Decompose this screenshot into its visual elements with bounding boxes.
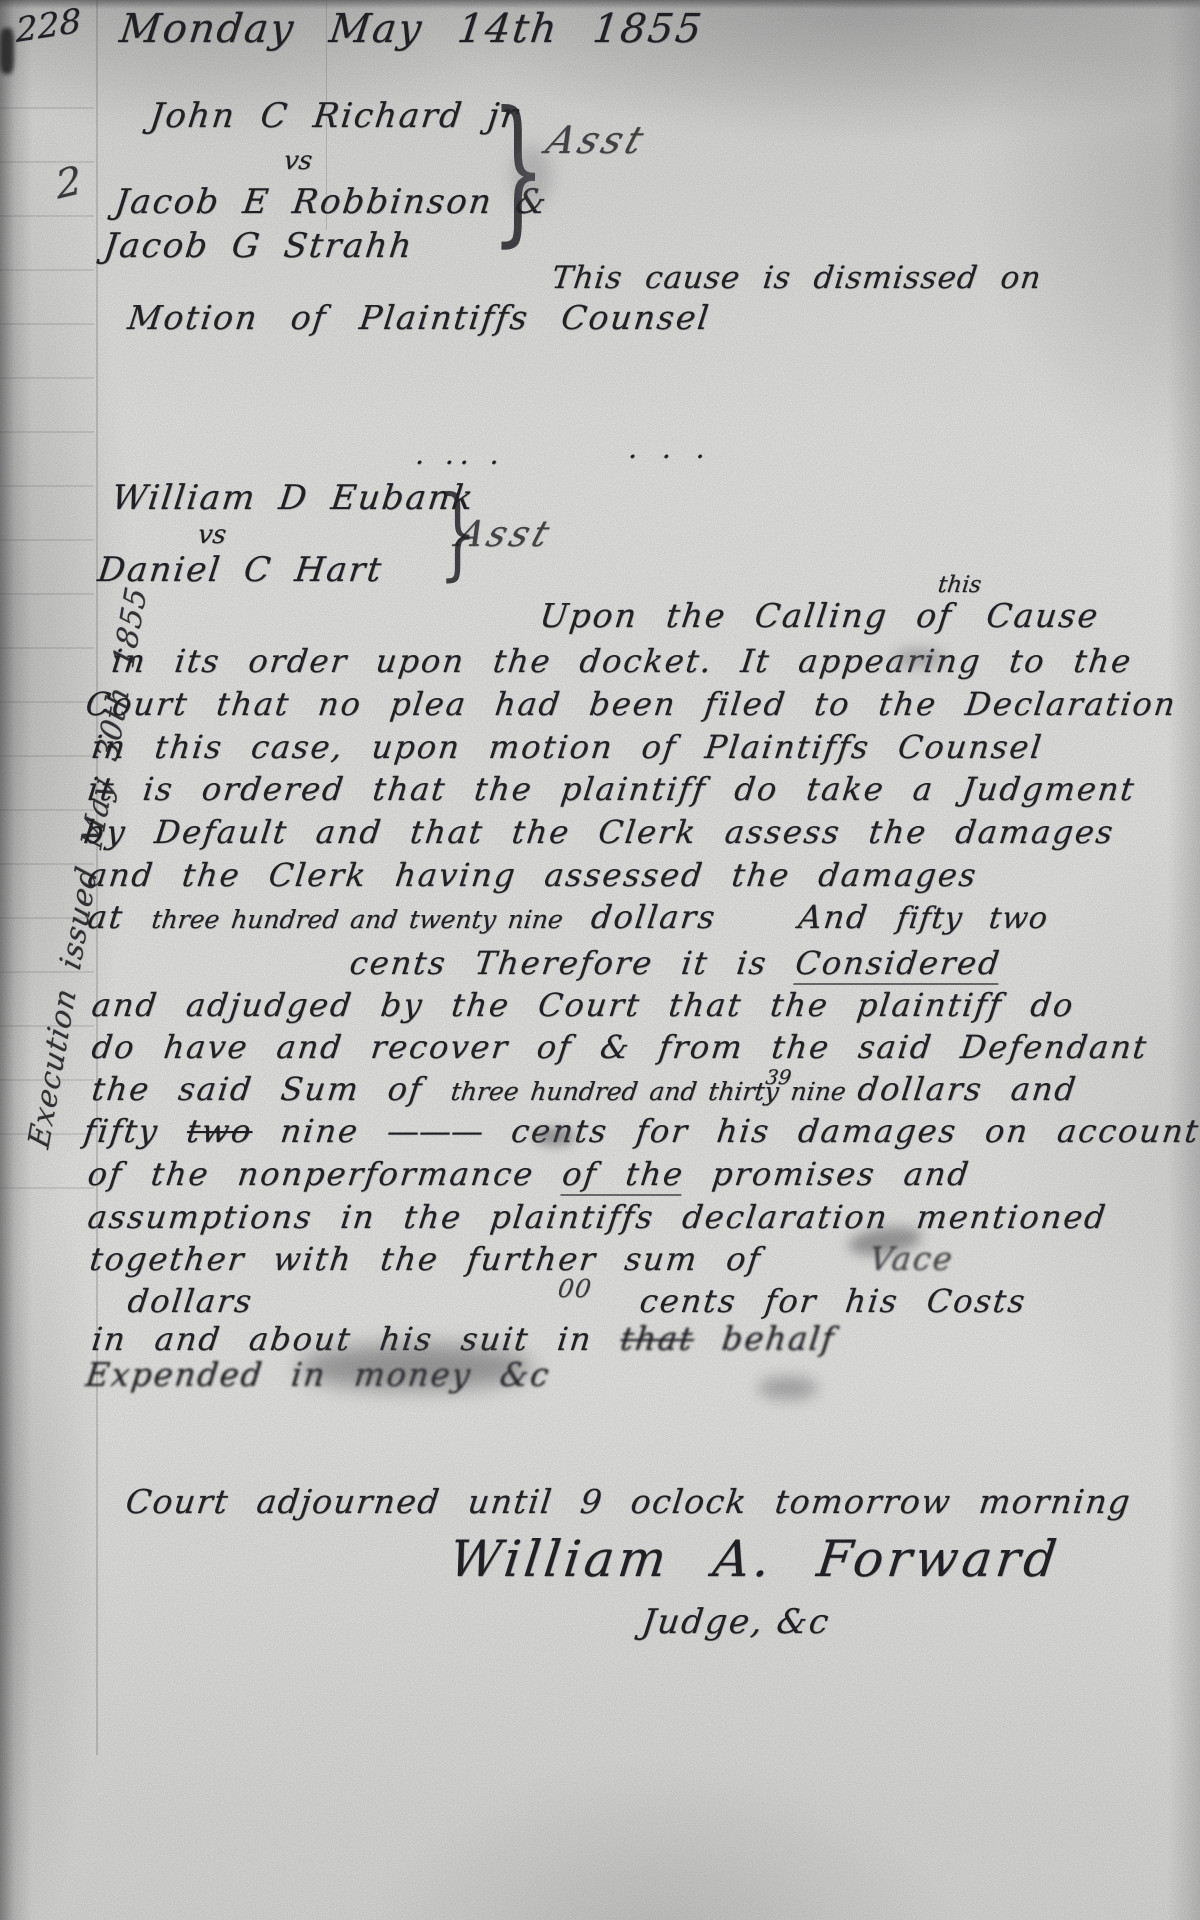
case2-versus-label: vs (196, 520, 228, 550)
line15-text: together with the further sum of (88, 1240, 764, 1278)
date-heading: Monday May 14th 1855 (117, 6, 706, 52)
judge-signature: William A. Forward (446, 1530, 1063, 1588)
judge-title: Judge, &c (640, 1602, 833, 1642)
case1-action-abbreviation: Asst (541, 118, 653, 162)
amount1-cents-words: fifty two (895, 901, 1050, 936)
page-number: 228 (15, 1, 82, 51)
order-line-13: of the nonperformance of the promises an… (86, 1155, 973, 1193)
costs-cents-value: 00 (556, 1274, 593, 1303)
order-line: it is ordered that the plaintiff do take… (86, 770, 1138, 808)
order-line-17: in and about his suit in that behalf (90, 1320, 838, 1358)
scanned-court-record-page: 228 Monday May 14th 1855 2 John C Richar… (0, 0, 1200, 1920)
order-line: do have and recover of & from the said D… (90, 1028, 1151, 1066)
case1-plaintiff-name: John C Richard jr (148, 96, 522, 136)
order-line: in its order upon the docket. It appeari… (110, 642, 1135, 680)
line13-pre: of the nonperformance (86, 1155, 537, 1193)
amount2-tail: dollars and (856, 1070, 1080, 1108)
order-line: by Default and that the Clerk assess the… (82, 813, 1117, 851)
case1-order-line-2: Motion of Plaintiffs Counsel (126, 298, 713, 337)
scan-edge-right (1168, 0, 1200, 1920)
order-amount-line-1: at three hundred and twenty nine dollars… (86, 898, 1051, 936)
order-amount-line-2: the said Sum of three hundred and thirty… (90, 1070, 1080, 1108)
case2-action-abbreviation: Asst (451, 514, 558, 555)
line17-smudged-word: behalf (720, 1320, 838, 1358)
order-opening-line: Upon the Calling ofCause (538, 596, 1102, 635)
case2-ditto-marks-right: · · · (626, 440, 715, 473)
order-line: and the Clerk having assessed the damage… (86, 856, 980, 894)
order-line-18: Expended in money &c (84, 1356, 553, 1394)
order-line-8: cents Therefore it is Considered (348, 944, 1003, 982)
line8-underlined-word: Considered (793, 944, 1003, 985)
order-line: assumptions in the plaintiffs declaratio… (86, 1198, 1110, 1236)
scan-edge-left (0, 0, 32, 1920)
amount2-superscript-figure: 39 (764, 1065, 792, 1089)
case2-defendant-name: Daniel C Hart (96, 550, 386, 590)
cents2-tail: cents for his damages on account (509, 1112, 1200, 1150)
case1-margin-mark: 2 (53, 158, 84, 209)
case1-versus-label: vs (282, 146, 314, 176)
amount2-pre: the said Sum of (90, 1070, 426, 1108)
line17-pre: in and about his suit in (90, 1320, 595, 1358)
case1-defendant-name-1: Jacob E Robbinson & (113, 182, 551, 222)
order-opening-tail: Cause (984, 596, 1101, 635)
case1-order-line-1: This cause is dismissed on (550, 260, 1044, 296)
amount1-mid: dollars (589, 898, 719, 936)
line13-underlined-words: of the (560, 1155, 687, 1196)
order-line-15: together with the further sum of Vace (88, 1240, 956, 1278)
case1-defendant-name-2: Jacob G Strahh (102, 226, 416, 266)
order-opening-text: Upon the Calling of (538, 596, 955, 635)
cents2-word-1: fifty (82, 1112, 162, 1150)
order-line: in this case, upon motion of Plaintiffs … (90, 728, 1045, 766)
cents2-struck-word: two (185, 1112, 255, 1150)
cents2-blank-dash: ——— (385, 1112, 486, 1150)
line17-struck-word: that (618, 1320, 696, 1358)
costs-tail: cents for his Costs (638, 1282, 1029, 1320)
cents2-word-2: nine (278, 1112, 361, 1150)
scan-edge-mark (0, 28, 14, 74)
amount1-words: three hundred and twenty nine (150, 905, 565, 934)
case2-plaintiff-name: William D Eubank (110, 478, 477, 518)
order-cents-line: fifty two nine ——— cents for his damages… (82, 1112, 1200, 1150)
line15-scribble: Vace (867, 1240, 956, 1278)
ink-smudge (758, 1376, 818, 1400)
case1-brace: } (491, 78, 546, 262)
inserted-word: this (936, 572, 982, 598)
line13-tail: promises and (710, 1155, 972, 1193)
amount1-conj: And (796, 898, 871, 936)
costs-dollars-word: dollars (126, 1282, 256, 1320)
order-line: and adjudged by the Court that the plain… (90, 986, 1077, 1024)
order-line: Court that no plea had been filed to the… (84, 685, 1179, 723)
adjournment-line: Court adjourned until 9 oclock tomorrow … (124, 1482, 1134, 1521)
line8-pre: cents Therefore it is (348, 944, 770, 982)
